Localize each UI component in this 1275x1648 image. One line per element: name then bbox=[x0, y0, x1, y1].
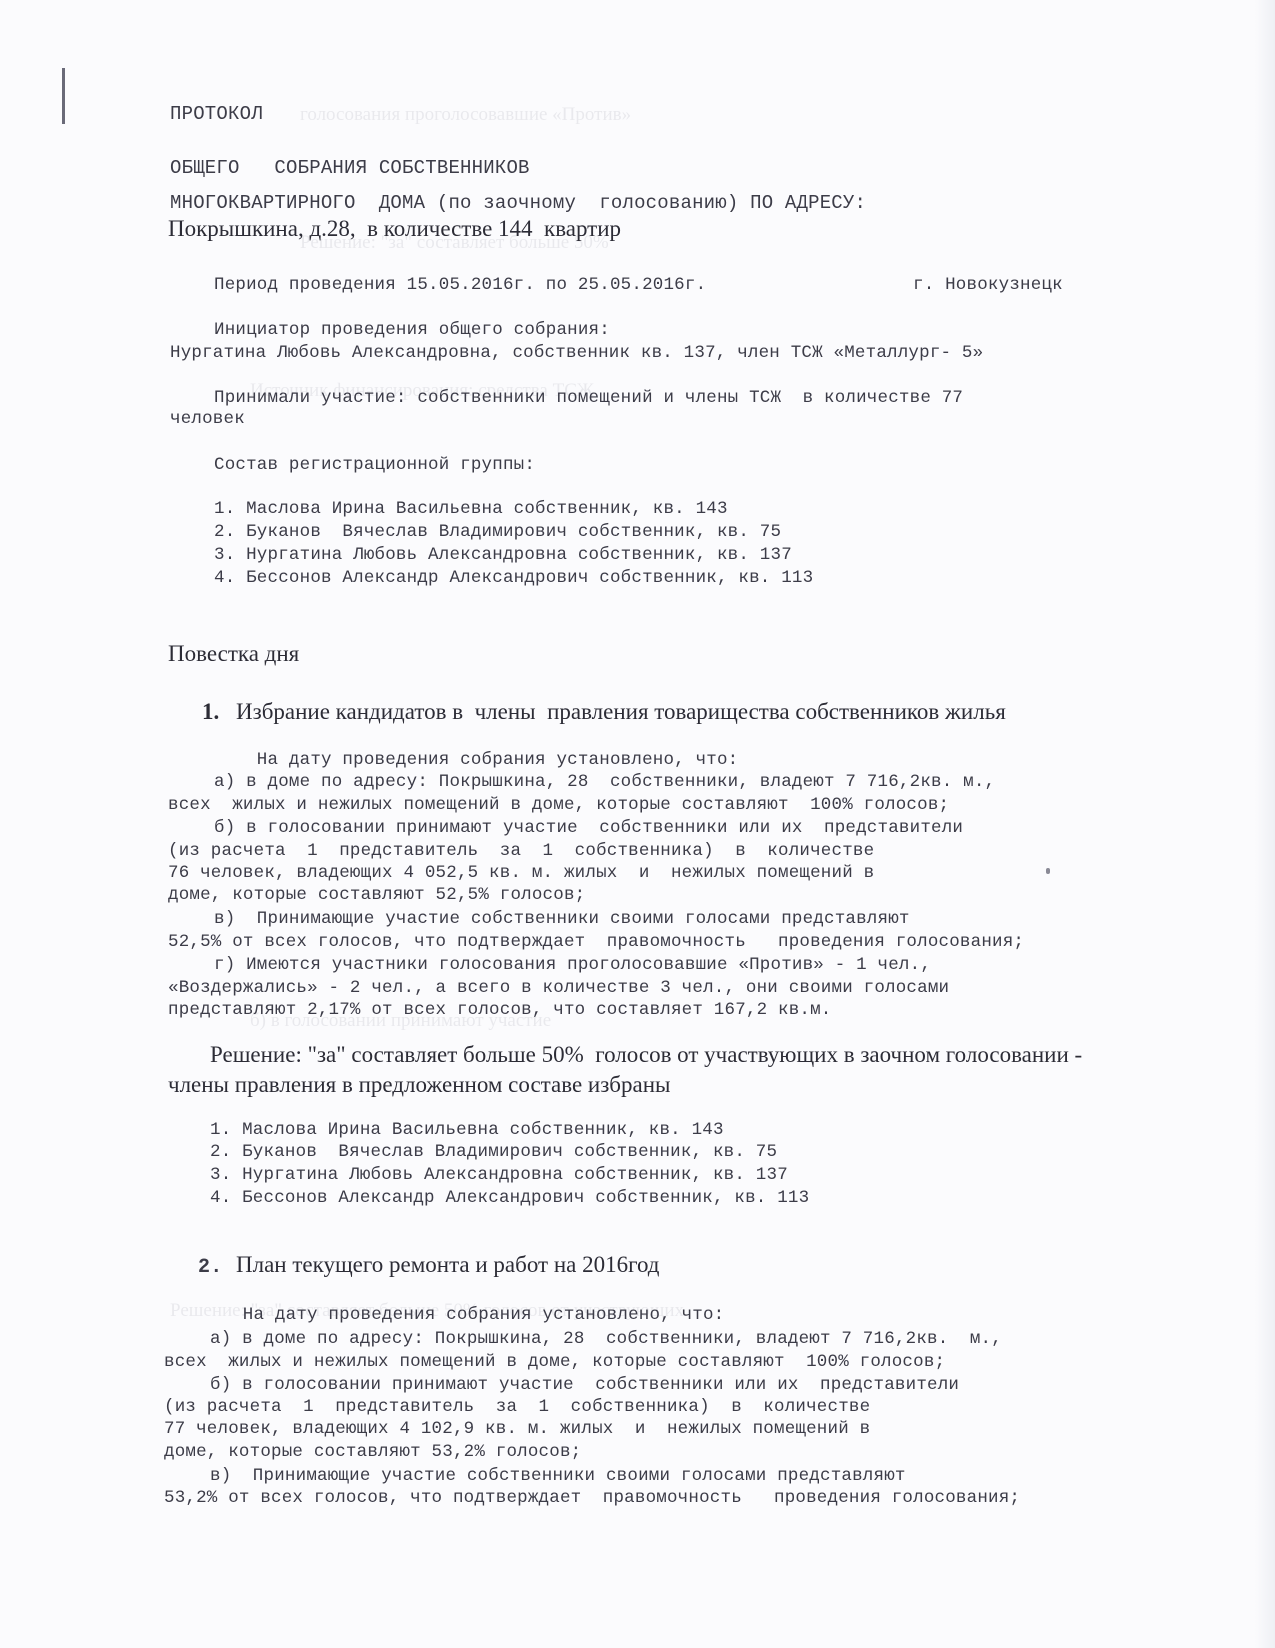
body-line: всех жилых и нежилых помещений в доме, к… bbox=[164, 1352, 945, 1372]
body-line: 53,2% от всех голосов, что подтверждает … bbox=[164, 1488, 1020, 1508]
body-line: доме, которые составляют 52,5% голосов; bbox=[168, 885, 585, 905]
body-line: а) в доме по адресу: Покрышкина, 28 собс… bbox=[210, 1329, 1002, 1349]
body-line: всех жилых и нежилых помещений в доме, к… bbox=[168, 795, 949, 815]
list-item: 4. Бессонов Александр Александрович собс… bbox=[214, 568, 813, 588]
list-item: 3. Нургатина Любовь Александровна собств… bbox=[214, 545, 792, 565]
initiator-label: Инициатор проведения общего собрания: bbox=[214, 320, 610, 340]
agenda-title: Повестка дня bbox=[168, 641, 299, 667]
scan-speck bbox=[1046, 868, 1050, 874]
body-line: 76 человек, владеющих 4 052,5 кв. м. жил… bbox=[168, 863, 874, 883]
decision-text: Решение: "за" составляет больше 50% голо… bbox=[210, 1042, 1082, 1068]
list-item: 1. Маслова Ирина Васильевна собственник,… bbox=[210, 1120, 724, 1140]
body-line: (из расчета 1 представитель за 1 собстве… bbox=[168, 841, 874, 861]
body-line: На дату проведения собрания установлено,… bbox=[200, 1305, 724, 1325]
body-line: 77 человек, владеющих 4 102,9 кв. м. жил… bbox=[164, 1419, 870, 1439]
protocol-subtitle: ОБЩЕГО СОБРАНИЯ СОБСТВЕННИКОВ bbox=[170, 157, 530, 179]
body-line: в) Принимающие участие собственники свои… bbox=[210, 1466, 906, 1486]
body-line: г) Имеются участники голосования проголо… bbox=[214, 955, 931, 975]
body-line: «Воздержались» - 2 чел., а всего в колич… bbox=[168, 978, 949, 998]
list-item: 2. Буканов Вячеслав Владимирович собстве… bbox=[214, 522, 781, 542]
decision-text-cont: члены правления в предложенном составе и… bbox=[168, 1072, 670, 1098]
agenda-item-number: 2. bbox=[198, 1256, 222, 1279]
participants-text-cont: человек bbox=[170, 409, 245, 429]
body-line: б) в голосовании принимают участие собст… bbox=[210, 1375, 959, 1395]
protocol-subtitle-address: МНОГОКВАРТИРНОГО ДОМА (по заочному голос… bbox=[170, 192, 866, 214]
page-edge-shadow bbox=[1255, 0, 1275, 1648]
body-line: На дату проведения собрания установлено,… bbox=[214, 750, 738, 770]
body-line: в) Принимающие участие собственники свои… bbox=[214, 909, 910, 929]
list-item: 3. Нургатина Любовь Александровна собств… bbox=[210, 1165, 788, 1185]
staple-mark bbox=[62, 68, 65, 124]
list-item: 2. Буканов Вячеслав Владимирович собстве… bbox=[210, 1142, 777, 1162]
list-item: 4. Бессонов Александр Александрович собс… bbox=[210, 1188, 809, 1208]
protocol-title: ПРОТОКОЛ bbox=[170, 103, 263, 125]
protocol-address: Покрышкина, д.28, в количестве 144 кварт… bbox=[168, 216, 621, 242]
registration-group-label: Состав регистрационной группы: bbox=[214, 455, 535, 475]
body-line: б) в голосовании принимают участие собст… bbox=[214, 818, 963, 838]
meeting-period: Период проведения 15.05.2016г. по 25.05.… bbox=[214, 275, 706, 295]
bleed-through-text: голосования проголосовавшие «Против» bbox=[300, 104, 631, 126]
body-line: (из расчета 1 представитель за 1 собстве… bbox=[164, 1397, 870, 1417]
list-item: 1. Маслова Ирина Васильевна собственник,… bbox=[214, 499, 728, 519]
agenda-item-title: План текущего ремонта и работ на 2016год bbox=[236, 1252, 660, 1278]
body-line: а) в доме по адресу: Покрышкина, 28 собс… bbox=[214, 772, 995, 792]
participants-text: Принимали участие: собственники помещени… bbox=[214, 388, 963, 408]
scanned-document-page: голосования проголосовавшие «Против» Реш… bbox=[0, 0, 1275, 1648]
agenda-item-title: Избрание кандидатов в члены правления то… bbox=[236, 699, 1006, 725]
body-line: доме, которые составляют 53,2% голосов; bbox=[164, 1442, 581, 1462]
agenda-item-number: 1. bbox=[202, 699, 219, 725]
body-line: представляют 2,17% от всех голосов, что … bbox=[168, 1000, 832, 1020]
initiator-name: Нургатина Любовь Александровна, собствен… bbox=[170, 343, 983, 363]
meeting-city: г. Новокузнецк bbox=[913, 275, 1063, 295]
body-line: 52,5% от всех голосов, что подтверждает … bbox=[168, 932, 1024, 952]
